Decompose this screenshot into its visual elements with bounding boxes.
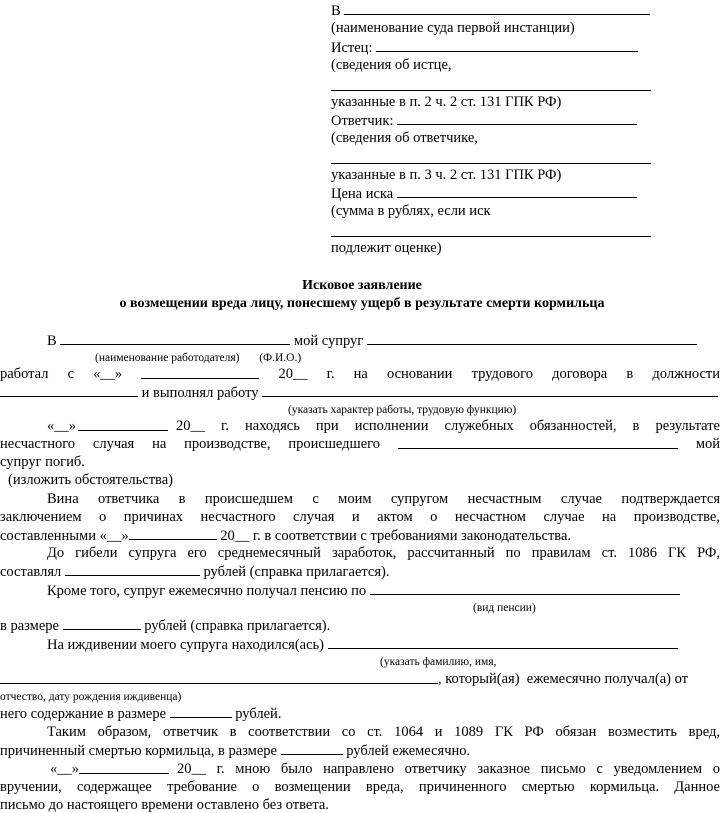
price-input-line[interactable] (397, 185, 637, 198)
p8-line-1: До гибели супруга его среднемесячный зар… (47, 545, 720, 562)
p11-line-2: причиненный смертью кормильца, в размере… (0, 742, 470, 760)
pension-type-input-line[interactable] (370, 582, 680, 595)
p12-day-blank: «__» (50, 761, 79, 778)
plaintiff-hint-2: указанные в п. 2 ч. 2 ст. 131 ГПК РФ) (331, 94, 561, 111)
accident-circumstances-input-line[interactable] (398, 436, 678, 449)
court-hint: (наименование суда первой инстанции) (331, 20, 575, 37)
p10-text: На иждивении моего супруга находился(ась… (47, 637, 324, 653)
circumstances-hint: (изложить обстоятельства) (8, 472, 173, 489)
p10-text-3a: него содержание в размере (0, 706, 166, 722)
document-subtitle: о возмещении вреда лицу, понесшему ущерб… (0, 296, 724, 312)
p9-text-b: рублей (справка прилагается). (144, 618, 330, 634)
defendant-input-line-2[interactable] (331, 163, 651, 164)
price-label: Цена иска (331, 186, 393, 202)
p2-line: работал с «__» 20__ г. на основании труд… (0, 366, 720, 383)
p2-word: г. (327, 366, 335, 383)
p2-word: с (68, 366, 74, 383)
p2-word: работал (0, 366, 48, 383)
p8-text-a: составлял (0, 564, 61, 580)
court-input-line[interactable] (344, 2, 650, 15)
defendant-hint-1: (сведения об ответчике, (331, 130, 478, 147)
p7-text-b: 20__ г. в соответствии с требованиями за… (220, 528, 571, 544)
defendant-input-line[interactable] (397, 112, 637, 125)
p7-line-2: заключением о причинах несчастного случа… (0, 509, 720, 526)
accident-month-input-line[interactable] (78, 418, 168, 431)
position-input-line[interactable] (0, 384, 138, 397)
p10-text-3b: рублей. (235, 706, 281, 722)
p8-text-b: рублей (справка прилагается). (203, 564, 389, 580)
p1-hints: (наименование работодателя) (Ф.И.О.) (95, 350, 301, 367)
p3-text: и выполнял работу (142, 385, 259, 401)
p2-word: в (626, 366, 633, 383)
employer-hint: (наименование работодателя) (95, 352, 239, 364)
p10-line-2: , который(ая) ежемесячно получал(а) от (0, 671, 720, 688)
p2-word: трудового (472, 366, 533, 383)
defendant-field: Ответчик: (331, 112, 637, 130)
letter-month-input-line[interactable] (79, 761, 169, 774)
defendant-hint-2: указанные в п. 3 ч. 2 ст. 131 ГПК РФ) (331, 167, 561, 184)
p5-line: несчастного случая на производстве, прои… (0, 436, 720, 453)
employer-input-line[interactable] (60, 332, 290, 345)
p3-line: и выполнял работу (0, 384, 718, 402)
p6-line: супруг погиб. (0, 454, 85, 471)
p10-line-1: На иждивении моего супруга находился(ась… (47, 636, 678, 654)
p2-word: договора (552, 366, 607, 383)
p12-line-2: вручении, содержащее требование о возмещ… (0, 779, 720, 796)
p2-day-blank: «__» (93, 366, 122, 383)
plaintiff-input-line[interactable] (376, 39, 638, 52)
p9-text: Кроме того, супруг ежемесячно получал пе… (47, 583, 366, 599)
defendant-label: Ответчик: (331, 113, 393, 129)
p7-line-3: составленными «__» 20__ г. в соответстви… (0, 527, 571, 545)
p5-text: несчастного случая на производстве, прои… (0, 436, 380, 453)
spouse-name-input-line[interactable] (367, 332, 697, 345)
p1-text-b: мой супруг (294, 333, 363, 349)
work-input-line[interactable] (262, 384, 718, 397)
fio-hint: (Ф.И.О.) (259, 352, 301, 364)
support-amount-input-line[interactable] (170, 705, 232, 718)
p9-line-2: в размере рублей (справка прилагается). (0, 617, 330, 635)
court-field: В (331, 2, 650, 20)
p5-text-b: мой (696, 436, 720, 453)
pension-hint: (вид пенсии) (473, 600, 536, 617)
p1-line: В мой супруг (47, 332, 697, 350)
p2-year-blank: 20__ (278, 366, 307, 383)
plaintiff-input-line-2[interactable] (331, 90, 651, 91)
dependent-hint-2: отчество, дату рождения иждивенца) (0, 689, 181, 706)
p8-line-2: составлял рублей (справка прилагается). (0, 563, 389, 581)
dependent-input-line[interactable] (328, 636, 678, 649)
plaintiff-hint-1: (сведения об истце, (331, 57, 452, 74)
compensation-amount-input-line[interactable] (281, 742, 343, 755)
p10-text-2: , который(ая) ежемесячно получал(а) от (438, 671, 720, 688)
plaintiff-field: Истец: (331, 39, 638, 57)
price-hint-1: (сумма в рублях, если иск (331, 203, 491, 220)
earnings-input-line[interactable] (65, 563, 200, 576)
p4-text: 20__ г. находясь при исполнении служебны… (176, 418, 720, 435)
price-hint-2: подлежит оценке) (331, 240, 442, 257)
p2-word: должности (652, 366, 720, 383)
p9-text-a: в размере (0, 618, 59, 634)
dependent-hint-1: (указать фамилию, имя, (380, 654, 496, 671)
p11-text-b: рублей ежемесячно. (346, 743, 470, 759)
p7-text-a: составленными «__» (0, 528, 129, 544)
p9-line-1: Кроме того, супруг ежемесячно получал пе… (47, 582, 680, 600)
work-hint: (указать характер работы, трудовую функц… (288, 402, 516, 419)
p2-word: основании (387, 366, 452, 383)
p1-text-a: В (47, 333, 57, 349)
price-input-line-2[interactable] (331, 236, 651, 237)
p11-text-a: причиненный смертью кормильца, в размере (0, 743, 277, 759)
document-title: Исковое заявление (0, 278, 724, 294)
p12-line-3: письмо до настоящего времени оставлено б… (0, 797, 329, 813)
p2-word: на (354, 366, 368, 383)
act-month-input-line[interactable] (129, 527, 217, 540)
plaintiff-label: Истец: (331, 40, 372, 56)
dependent-input-line-2[interactable] (0, 671, 438, 684)
start-month-input-line[interactable] (141, 366, 259, 379)
p11-line-1: Таким образом, ответчик в соответствии с… (47, 724, 720, 741)
p12-line-1: «__» 20__ г. мною было направлено ответч… (50, 761, 720, 778)
price-field: Цена иска (331, 185, 637, 203)
court-prefix: В (331, 3, 341, 19)
p4-line: «__» 20__ г. находясь при исполнении слу… (47, 418, 720, 435)
p12-text: 20__ г. мною было направлено ответчику з… (177, 761, 720, 778)
p4-day-blank: «__» (47, 418, 76, 435)
pension-amount-input-line[interactable] (63, 617, 141, 630)
p7-line-1: Вина ответчика в происшедшем с моим супр… (47, 491, 720, 508)
p10-line-3: него содержание в размере рублей. (0, 705, 281, 723)
